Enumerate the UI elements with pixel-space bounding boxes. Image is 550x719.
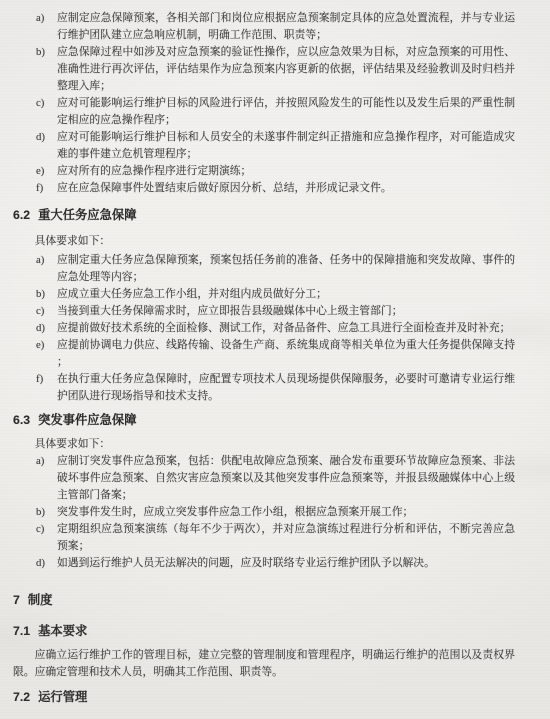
- list-6-2: a) 应制定重大任务应急保障预案，预案包括任务前的准备、任务中的保障措施和突发故…: [36, 252, 515, 405]
- item-marker: b): [36, 504, 57, 521]
- item-marker: d): [36, 555, 57, 572]
- section-heading-6-2: 6.2重大任务应急保障: [13, 207, 515, 224]
- item-text: 应提前做好技术系统的全面检修、测试工作，对备品备件、应急工具进行全面检查并及时补…: [57, 320, 515, 337]
- item-text: 在执行重大任务应急保障时，应配置专项技术人员现场提供保障服务，必要时可邀请专业运…: [57, 371, 515, 405]
- section-heading-7-1: 7.1基本要求: [13, 623, 515, 640]
- heading-title: 突发事件应急保障: [38, 413, 136, 427]
- item-text: 应对可能影响运行维护目标的风险进行评估，并按照风险发生的可能性以及发生后果的严重…: [57, 95, 515, 129]
- document-body: a) 应制定应急保障预案，各相关部门和岗位应根据应急预案制定具体的应急处置流程，…: [13, 10, 515, 706]
- item-text: 突发事件发生时，应成立突发事件应急工作小组，根据应急预案开展工作；: [57, 504, 515, 521]
- item-text: 应急保障过程中如涉及对应急预案的验证性操作，应以应急效果为目标，对应急预案的可用…: [57, 44, 515, 95]
- heading-number: 7: [13, 592, 20, 609]
- heading-title: 制度: [28, 593, 53, 607]
- item-text: 应制定应急保障预案，各相关部门和岗位应根据应急预案制定具体的应急处置流程，并与专…: [57, 10, 515, 44]
- item-text: 应对所有的应急操作程序进行定期演练；: [57, 163, 515, 180]
- item-marker: a): [36, 453, 57, 504]
- list-item: d) 应提前做好技术系统的全面检修、测试工作，对备品备件、应急工具进行全面检查并…: [36, 320, 515, 337]
- heading-title: 重大任务应急保障: [38, 208, 136, 222]
- list-item: a) 应制定应急保障预案，各相关部门和岗位应根据应急预案制定具体的应急处置流程，…: [36, 10, 515, 44]
- list-item: b) 应成立重大任务应急工作小组，并对组内成员做好分工；: [36, 286, 515, 303]
- list-top: a) 应制定应急保障预案，各相关部门和岗位应根据应急预案制定具体的应急处置流程，…: [36, 10, 515, 197]
- section-heading-6-3: 6.3突发事件应急保障: [13, 412, 515, 429]
- item-marker: e): [36, 163, 57, 180]
- list-item: f) 应在应急保障事件处置结束后做好原因分析、总结，并形成记录文件。: [36, 180, 515, 197]
- item-marker: e): [36, 337, 57, 371]
- section-heading-7: 7制度: [13, 592, 515, 609]
- item-marker: d): [36, 129, 57, 163]
- item-text: 应提前协调电力供应、线路传输、设备生产商、系统集成商等相关单位为重大任务提供保障…: [57, 337, 515, 371]
- paragraph: 应确立运行维护工作的管理目标，建立完整的管理制度和管理程序，明确运行维护的范围以…: [13, 647, 515, 681]
- item-marker: c): [36, 521, 57, 555]
- item-text: 如遇到运行维护人员无法解决的问题，应及时联络专业运行维护团队予以解决。: [57, 555, 515, 572]
- item-text: 应成立重大任务应急工作小组，并对组内成员做好分工；: [57, 286, 515, 303]
- item-marker: f): [36, 371, 57, 405]
- item-text: 当接到重大任务保障需求时，应立即报告县级融媒体中心上级主管部门；: [57, 303, 515, 320]
- section-intro: 具体要求如下：: [13, 436, 515, 453]
- list-item: a) 应制订突发事件应急预案，包括：供配电故障应急预案、融合发布重要环节故障应急…: [36, 453, 515, 504]
- list-6-3: a) 应制订突发事件应急预案，包括：供配电故障应急预案、融合发布重要环节故障应急…: [36, 453, 515, 572]
- list-item: b) 突发事件发生时，应成立突发事件应急工作小组，根据应急预案开展工作；: [36, 504, 515, 521]
- item-marker: c): [36, 95, 57, 129]
- heading-number: 6.3: [13, 412, 30, 429]
- list-item: b) 应急保障过程中如涉及对应急预案的验证性操作，应以应急效果为目标，对应急预案…: [36, 44, 515, 95]
- item-text: 定期组织应急预案演练（每年不少于两次），并对应急演练过程进行分析和评估，不断完善…: [57, 521, 515, 555]
- item-text: 应制定重大任务应急保障预案，预案包括任务前的准备、任务中的保障措施和突发故障、事…: [57, 252, 515, 286]
- item-marker: b): [36, 44, 57, 95]
- item-marker: b): [36, 286, 57, 303]
- item-marker: c): [36, 303, 57, 320]
- item-marker: d): [36, 320, 57, 337]
- list-item: d) 如遇到运行维护人员无法解决的问题，应及时联络专业运行维护团队予以解决。: [36, 555, 515, 572]
- heading-title: 基本要求: [38, 624, 87, 638]
- heading-number: 7.2: [13, 689, 30, 706]
- list-item: f) 在执行重大任务应急保障时，应配置专项技术人员现场提供保障服务，必要时可邀请…: [36, 371, 515, 405]
- list-item: e) 应对所有的应急操作程序进行定期演练；: [36, 163, 515, 180]
- heading-number: 6.2: [13, 207, 30, 224]
- list-item: c) 当接到重大任务保障需求时，应立即报告县级融媒体中心上级主管部门；: [36, 303, 515, 320]
- item-marker: a): [36, 252, 57, 286]
- list-item: d) 应对可能影响运行维护目标和人员安全的未遂事件制定纠正措施和应急操作程序，对…: [36, 129, 515, 163]
- list-item: c) 定期组织应急预案演练（每年不少于两次），并对应急演练过程进行分析和评估，不…: [36, 521, 515, 555]
- item-marker: f): [36, 180, 57, 197]
- section-heading-7-2: 7.2运行管理: [13, 689, 515, 706]
- document-page: a) 应制定应急保障预案，各相关部门和岗位应根据应急预案制定具体的应急处置流程，…: [0, 0, 550, 719]
- list-item: e) 应提前协调电力供应、线路传输、设备生产商、系统集成商等相关单位为重大任务提…: [36, 337, 515, 371]
- heading-title: 运行管理: [38, 690, 87, 704]
- list-item: c) 应对可能影响运行维护目标的风险进行评估，并按照风险发生的可能性以及发生后果…: [36, 95, 515, 129]
- item-text: 应对可能影响运行维护目标和人员安全的未遂事件制定纠正措施和应急操作程序，对可能造…: [57, 129, 515, 163]
- item-text: 应制订突发事件应急预案，包括：供配电故障应急预案、融合发布重要环节故障应急预案、…: [57, 453, 515, 504]
- heading-number: 7.1: [13, 623, 30, 640]
- section-intro: 具体要求如下：: [13, 233, 515, 250]
- list-item: a) 应制定重大任务应急保障预案，预案包括任务前的准备、任务中的保障措施和突发故…: [36, 252, 515, 286]
- item-marker: a): [36, 10, 57, 44]
- item-text: 应在应急保障事件处置结束后做好原因分析、总结，并形成记录文件。: [57, 180, 515, 197]
